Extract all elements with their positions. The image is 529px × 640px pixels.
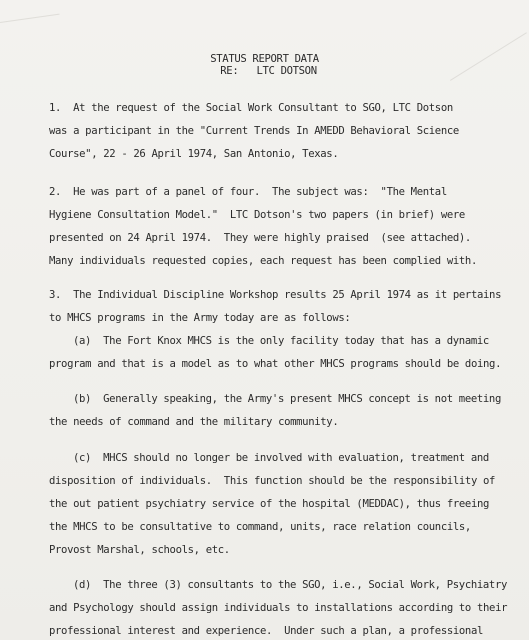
paragraph-3b-line: the needs of command and the military co… — [49, 416, 338, 429]
paragraph-3-line: to MHCS programs in the Army today are a… — [49, 312, 350, 325]
paragraph-3a-line: program and that is a model as to what o… — [49, 358, 501, 371]
document-heading: STATUS REPORT DATA RE: LTC DOTSON — [0, 53, 529, 77]
paragraph-3d-line: and Psychology should assign individuals… — [49, 602, 507, 615]
paragraph-3c-line: the out patient psychiatry service of th… — [49, 498, 489, 511]
document-page: STATUS REPORT DATA RE: LTC DOTSON 1. At … — [0, 0, 529, 640]
paragraph-2-line: 2. He was part of a panel of four. The s… — [49, 186, 447, 199]
paragraph-3c-line: (c) MHCS should no longer be involved wi… — [73, 452, 489, 465]
paragraph-3a-line: (a) The Fort Knox MHCS is the only facil… — [73, 335, 489, 348]
paragraph-3c-line: the MHCS to be consultative to command, … — [49, 521, 471, 534]
paragraph-2-line: Hygiene Consultation Model." LTC Dotson'… — [49, 209, 465, 222]
paper-crease — [0, 14, 60, 23]
paragraph-2-line: Many individuals requested copies, each … — [49, 255, 477, 268]
document-re-line: RE: LTC DOTSON — [0, 65, 529, 77]
paragraph-3d-line: (d) The three (3) consultants to the SGO… — [73, 579, 507, 592]
paragraph-3c-line: disposition of individuals. This functio… — [49, 475, 495, 488]
paragraph-3b-line: (b) Generally speaking, the Army's prese… — [73, 393, 501, 406]
re-subject: LTC DOTSON — [256, 65, 316, 77]
paragraph-3c-line: Provost Marshal, schools, etc. — [49, 544, 230, 557]
paragraph-1-line: Course", 22 - 26 April 1974, San Antonio… — [49, 148, 338, 161]
paragraph-1-line: 1. At the request of the Social Work Con… — [49, 102, 453, 115]
re-label: RE: — [220, 65, 238, 77]
paragraph-2-line: presented on 24 April 1974. They were hi… — [49, 232, 471, 245]
document-title: STATUS REPORT DATA — [0, 53, 529, 65]
paragraph-3-line: 3. The Individual Discipline Workshop re… — [49, 289, 501, 302]
paragraph-1-line: was a participant in the "Current Trends… — [49, 125, 459, 138]
paragraph-3d-line: professional interest and experience. Un… — [49, 625, 483, 638]
